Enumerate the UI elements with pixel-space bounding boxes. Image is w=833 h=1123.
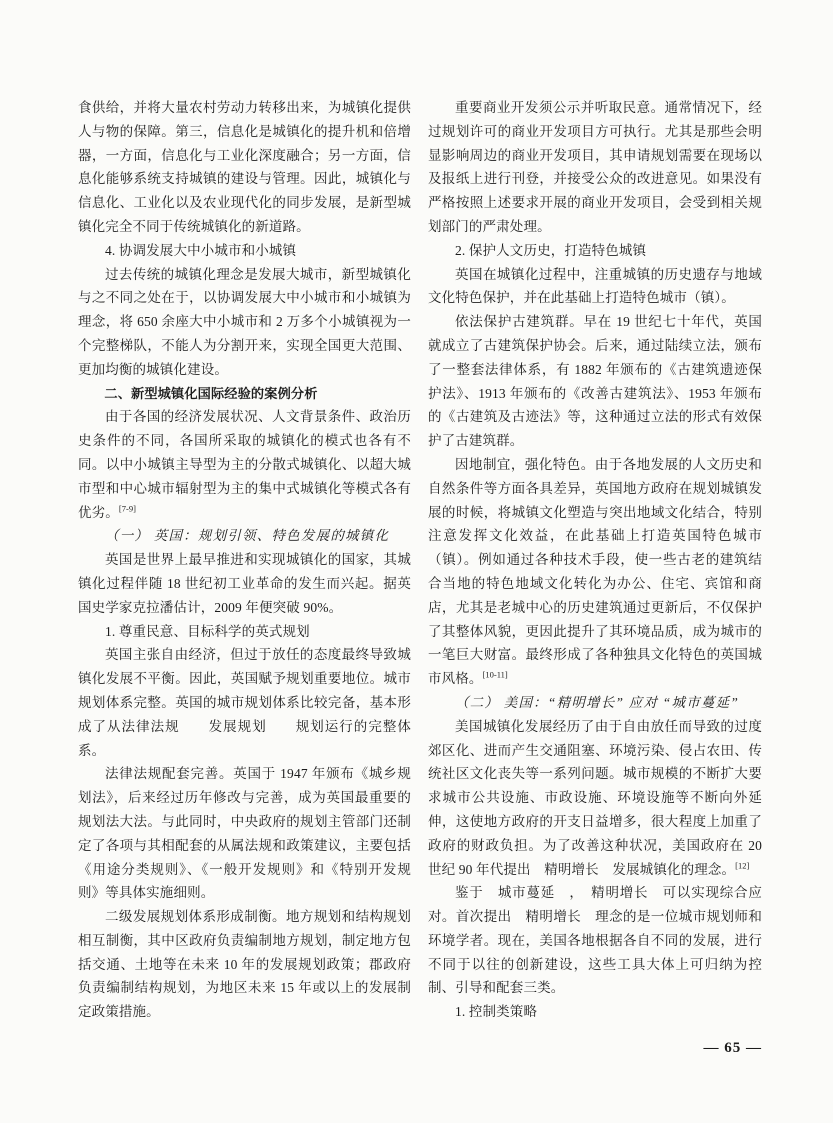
body-paragraph: 依法保护古建筑群。早在 19 世纪七十年代，英国就成立了古建筑保护协会。后来，通… [428, 310, 762, 453]
citation-ref: [10-11] [483, 670, 508, 680]
body-paragraph: 美国城镇化发展经历了由于自由放任而导致的过度郊区化、进而产生交通阻塞、环境污染、… [428, 715, 762, 882]
paragraph-text: 二、新型城镇化国际经验的案例分析 [104, 386, 317, 401]
body-paragraph: 过去传统的城镇化理念是发展大城市，新型城镇化与之不同之处在于，以协调发展大中小城… [78, 263, 411, 382]
body-paragraph: 二级发展规划体系形成制衡。地方规划和结构规划相互制衡，其中区政府负责编制地方规划… [78, 905, 411, 1024]
paragraph-text: 法律法规配套完善。英国于 1947 年颁布《城乡规划法》，后来经过历年修改与完善… [78, 766, 411, 900]
document-page: 食供给，并将大量农村劳动力转移出来，为城镇化提供人与物的保障。第三，信息化是城镇… [0, 0, 833, 1123]
paragraph-text: 重要商业开发须公示并听取民意。通常情况下，经过规划许可的商业开发项目方可执行。尤… [428, 100, 762, 234]
section-heading: 二、新型城镇化国际经验的案例分析 [78, 382, 411, 406]
paragraph-text: 依法保护古建筑群。早在 19 世纪七十年代，英国就成立了古建筑保护协会。后来，通… [428, 314, 762, 448]
page-number: — 65 — [428, 1040, 762, 1057]
paragraph-text: （二） 美国：“精明增长” 应对 “城市蔓延” [455, 695, 739, 710]
paragraph-text: 二级发展规划体系形成制衡。地方规划和结构规划相互制衡，其中区政府负责编制地方规划… [78, 909, 411, 1019]
paragraph-text: 英国主张自由经济，但过于放任的态度最终导致城镇化发展不平衡。因此，英国赋予规划重… [78, 647, 411, 757]
column-left: 食供给，并将大量农村劳动力转移出来，为城镇化提供人与物的保障。第三，信息化是城镇… [78, 96, 411, 1024]
body-paragraph: 1. 尊重民意、目标科学的英式规划 [78, 620, 411, 644]
paragraph-text: 美国城镇化发展经历了由于自由放任而导致的过度郊区化、进而产生交通阻塞、环境污染、… [428, 719, 762, 877]
body-paragraph: 2. 保护人文历史，打造特色城镇 [428, 239, 762, 263]
paragraph-text: 1. 控制类策略 [455, 1004, 537, 1019]
citation-ref: [7-9] [119, 503, 136, 513]
body-paragraph: 英国在城镇化过程中，注重城镇的历史遗存与地域文化特色保护，并在此基础上打造特色城… [428, 263, 762, 311]
body-paragraph: 4. 协调发展大中小城市和小城镇 [78, 239, 411, 263]
paragraph-text: 鉴于 城市蔓延 ， 精明增长 可以实现综合应对。首次提出 精明增长 理念的是一位… [428, 885, 762, 995]
body-paragraph: 由于各国的经济发展状况、人文背景条件、政治历史条件的不同，各国所采取的城镇化的模… [78, 405, 411, 524]
paragraph-text: 英国是世界上最早推进和实现城镇化的国家，其城镇化过程伴随 18 世纪初工业革命的… [78, 552, 411, 615]
body-paragraph: 鉴于 城市蔓延 ， 精明增长 可以实现综合应对。首次提出 精明增长 理念的是一位… [428, 881, 762, 1000]
subsection-heading: （二） 美国：“精明增长” 应对 “城市蔓延” [428, 691, 762, 715]
citation-ref: [12] [735, 860, 749, 870]
column-right: 重要商业开发须公示并听取民意。通常情况下，经过规划许可的商业开发项目方可执行。尤… [428, 96, 762, 1024]
paragraph-text: 英国在城镇化过程中，注重城镇的历史遗存与地域文化特色保护，并在此基础上打造特色城… [428, 267, 762, 306]
paragraph-text: 食供给，并将大量农村劳动力转移出来，为城镇化提供人与物的保障。第三，信息化是城镇… [78, 100, 411, 234]
body-paragraph: 重要商业开发须公示并听取民意。通常情况下，经过规划许可的商业开发项目方可执行。尤… [428, 96, 762, 239]
body-paragraph: 英国主张自由经济，但过于放任的态度最终导致城镇化发展不平衡。因此，英国赋予规划重… [78, 643, 411, 762]
subsection-heading: （一） 英国：规划引领、特色发展的城镇化 [78, 524, 411, 548]
paragraph-text: 2. 保护人文历史，打造特色城镇 [455, 243, 646, 258]
paragraph-text: （一） 英国：规划引领、特色发展的城镇化 [105, 528, 389, 543]
body-paragraph: 法律法规配套完善。英国于 1947 年颁布《城乡规划法》，后来经过历年修改与完善… [78, 762, 411, 905]
body-paragraph: 1. 控制类策略 [428, 1000, 762, 1024]
body-paragraph: 食供给，并将大量农村劳动力转移出来，为城镇化提供人与物的保障。第三，信息化是城镇… [78, 96, 411, 239]
paragraph-text: 4. 协调发展大中小城市和小城镇 [105, 243, 296, 258]
body-paragraph: 英国是世界上最早推进和实现城镇化的国家，其城镇化过程伴随 18 世纪初工业革命的… [78, 548, 411, 619]
paragraph-text: 1. 尊重民意、目标科学的英式规划 [105, 624, 310, 639]
paragraph-text: 因地制宜，强化特色。由于各地发展的人文历史和自然条件等方面各具差异，英国地方政府… [428, 457, 762, 686]
paragraph-text: 过去传统的城镇化理念是发展大城市，新型城镇化与之不同之处在于，以协调发展大中小城… [78, 267, 411, 377]
body-paragraph: 因地制宜，强化特色。由于各地发展的人文历史和自然条件等方面各具差异，英国地方政府… [428, 453, 762, 691]
